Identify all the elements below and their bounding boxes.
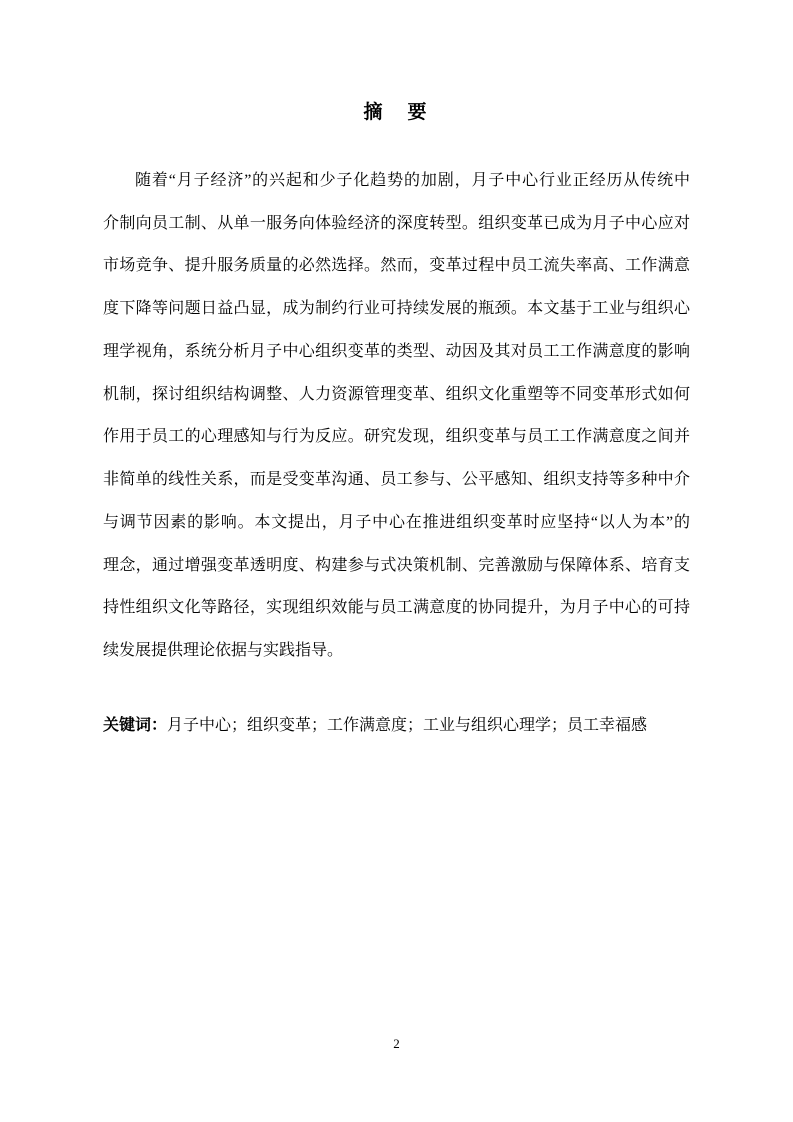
paragraph-line: 与调节因素的影响。本文提出，月子中心在推进组织变革时应坚持“以人为本”的 (103, 502, 690, 545)
keywords-label: 关键词： (103, 717, 167, 734)
document-page: 摘 要 随着“月子经济”的兴起和少子化趋势的加剧，月子中心行业正经历从传统中介制… (0, 0, 793, 1122)
paragraph-line: 续发展提供理论依据与实践指导。 (103, 630, 690, 673)
abstract-title: 摘 要 (0, 100, 793, 126)
page-number: 2 (0, 1035, 793, 1053)
paragraph-line: 理念，通过增强变革透明度、构建参与式决策机制、完善激励与保障体系、培育支 (103, 545, 690, 588)
abstract-paragraph: 随着“月子经济”的兴起和少子化趋势的加剧，月子中心行业正经历从传统中介制向员工制… (103, 160, 690, 673)
paragraph-line: 随着“月子经济”的兴起和少子化趋势的加剧，月子中心行业正经历从传统中 (103, 160, 690, 203)
keywords-text: 月子中心；组织变革；工作满意度；工业与组织心理学；员工幸福感 (167, 717, 647, 734)
paragraph-line: 机制，探讨组织结构调整、人力资源管理变革、组织文化重塑等不同变革形式如何 (103, 374, 690, 417)
paragraph-line: 非简单的线性关系，而是受变革沟通、员工参与、公平感知、组织支持等多种中介 (103, 459, 690, 502)
paragraph-line: 持性组织文化等路径，实现组织效能与员工满意度的协同提升，为月子中心的可持 (103, 587, 690, 630)
paragraph-line: 市场竞争、提升服务质量的必然选择。然而，变革过程中员工流失率高、工作满意 (103, 245, 690, 288)
paragraph-line: 作用于员工的心理感知与行为反应。研究发现，组织变革与员工工作满意度之间并 (103, 416, 690, 459)
paragraph-line: 理学视角，系统分析月子中心组织变革的类型、动因及其对员工工作满意度的影响 (103, 331, 690, 374)
paragraph-line: 度下降等问题日益凸显，成为制约行业可持续发展的瓶颈。本文基于工业与组织心 (103, 288, 690, 331)
paragraph-line: 介制向员工制、从单一服务向体验经济的深度转型。组织变革已成为月子中心应对 (103, 203, 690, 246)
keywords-line: 关键词：月子中心；组织变革；工作满意度；工业与组织心理学；员工幸福感 (103, 704, 690, 747)
